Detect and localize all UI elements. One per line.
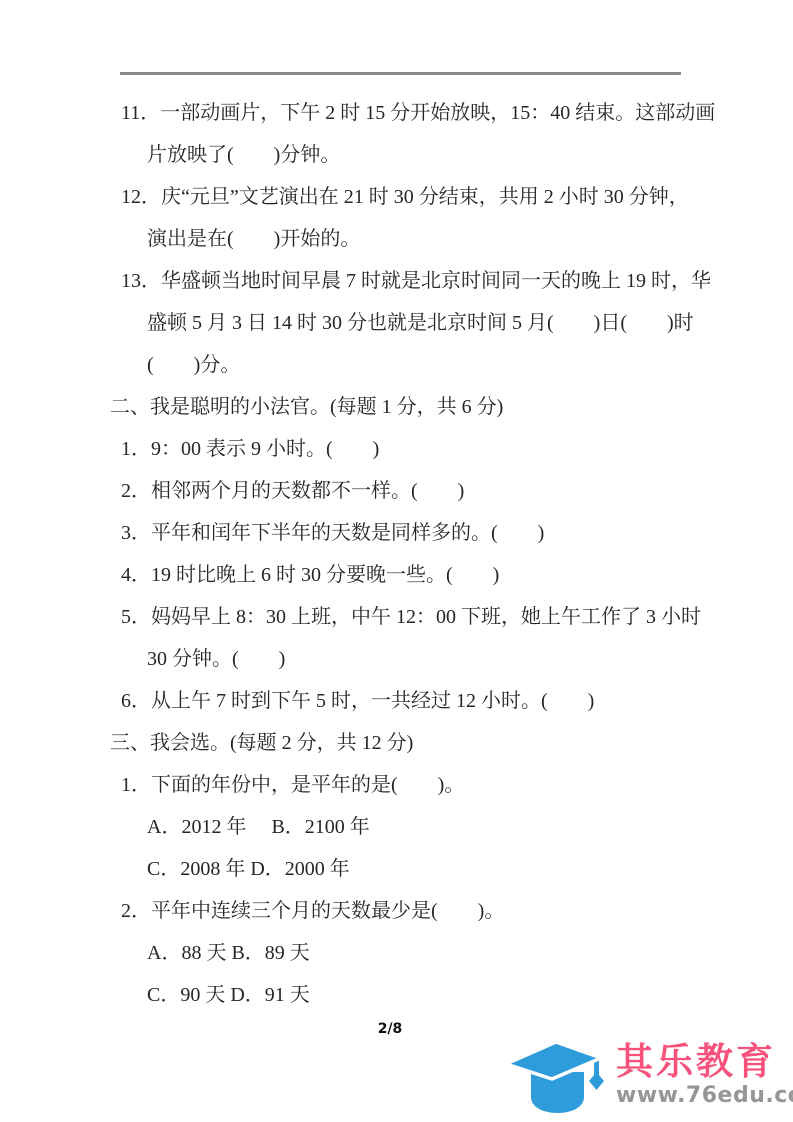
graduation-cap-icon xyxy=(494,1032,616,1120)
question-line: 12．庆“元旦”文艺演出在 21 时 30 分结束，共用 2 小时 30 分钟， xyxy=(110,176,710,218)
brand-logo: 其乐教育 www.76edu.com xyxy=(494,1032,793,1122)
question-line: 3．平年和闰年下半年的天数是同样多的。( ) xyxy=(110,512,710,554)
section-header: 三、我会选。(每题 2 分，共 12 分) xyxy=(110,722,710,764)
document-body: 11．一部动画片，下午 2 时 15 分开始放映，15：40 结束。这部动画 片… xyxy=(110,92,710,1016)
top-divider-rule xyxy=(120,72,681,75)
question-line: 11．一部动画片，下午 2 时 15 分开始放映，15：40 结束。这部动画 xyxy=(110,92,710,134)
question-line: 盛顿 5 月 3 日 14 时 30 分也就是北京时间 5 月( )日( )时 xyxy=(110,302,710,344)
brand-text-block: 其乐教育 www.76edu.com xyxy=(616,1042,793,1108)
question-line: 5．妈妈早上 8：30 上班，中午 12：00 下班，她上午工作了 3 小时 xyxy=(110,596,710,638)
question-line: 4．19 时比晚上 6 时 30 分要晚一些。( ) xyxy=(110,554,710,596)
question-line: 片放映了( )分钟。 xyxy=(110,134,710,176)
section-header: 二、我是聪明的小法官。(每题 1 分，共 6 分) xyxy=(110,386,710,428)
question-line: ( )分。 xyxy=(110,344,710,386)
option-line: A．2012 年 B．2100 年 xyxy=(110,806,710,848)
question-line: 2．平年中连续三个月的天数最少是( )。 xyxy=(110,890,710,932)
test-paper-page: 11．一部动画片，下午 2 时 15 分开始放映，15：40 结束。这部动画 片… xyxy=(0,0,793,1122)
brand-name: 其乐教育 xyxy=(616,1042,793,1082)
option-line: A．88 天 B．89 天 xyxy=(110,932,710,974)
question-line: 1．下面的年份中，是平年的是( )。 xyxy=(110,764,710,806)
question-line: 13．华盛顿当地时间早晨 7 时就是北京时间同一天的晚上 19 时，华 xyxy=(110,260,710,302)
option-line: C．90 天 D．91 天 xyxy=(110,974,710,1016)
question-line: 6．从上午 7 时到下午 5 时，一共经过 12 小时。( ) xyxy=(110,680,710,722)
question-line: 演出是在( )开始的。 xyxy=(110,218,710,260)
option-line: C．2008 年 D．2000 年 xyxy=(110,848,710,890)
question-line: 1．9：00 表示 9 小时。( ) xyxy=(110,428,710,470)
question-line: 30 分钟。( ) xyxy=(110,638,710,680)
question-line: 2．相邻两个月的天数都不一样。( ) xyxy=(110,470,710,512)
brand-website: www.76edu.com xyxy=(616,1084,793,1108)
